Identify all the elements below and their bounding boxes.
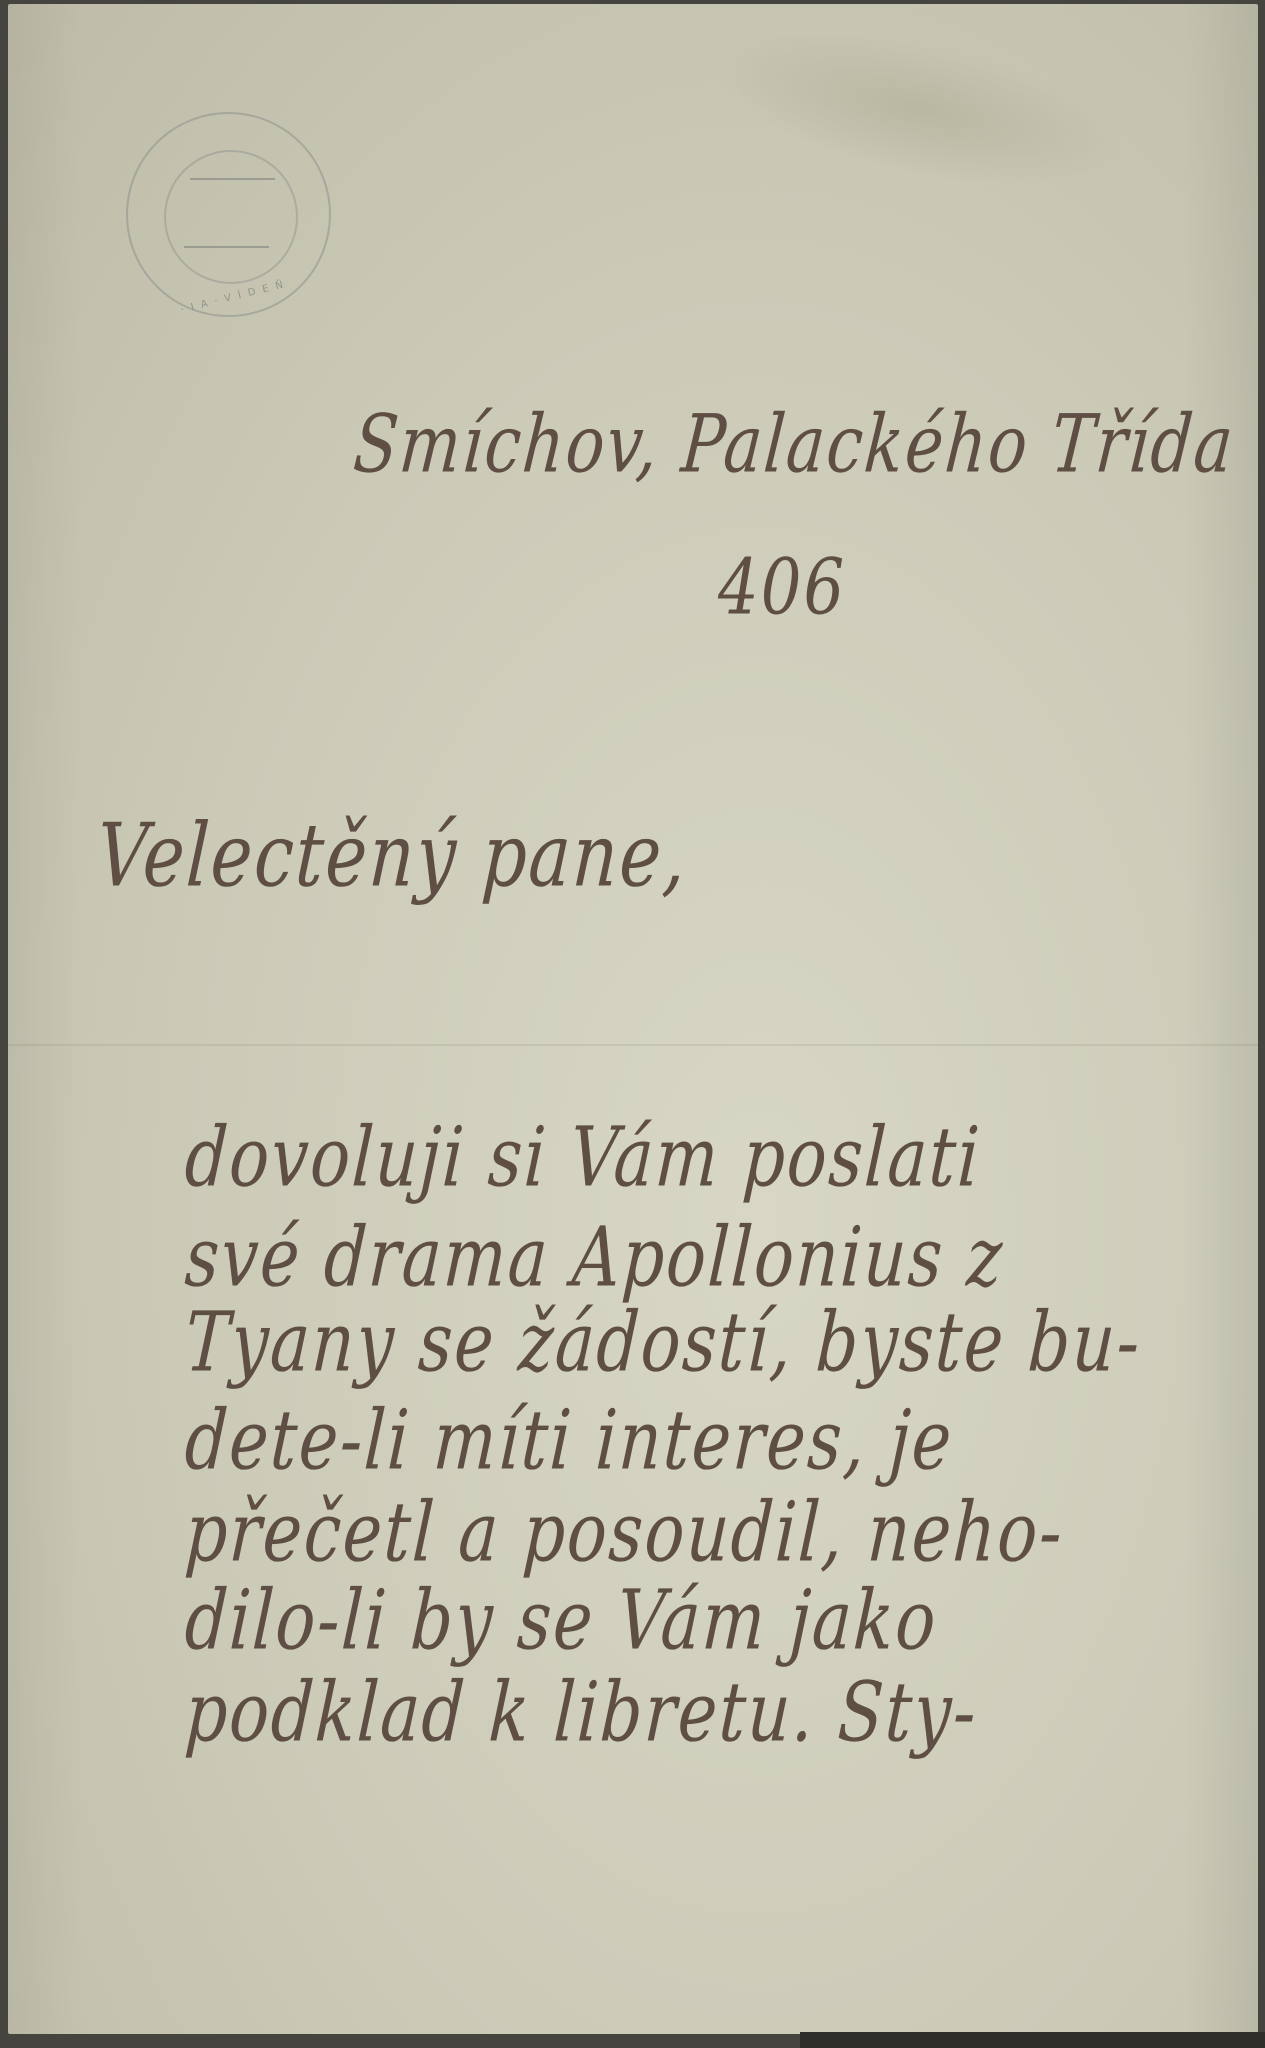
stamp-inner-ring	[164, 150, 298, 284]
archive-stamp-icon: · I A · V Í D E Ň	[126, 112, 331, 317]
body-line: přečetl a posoudil, neho-	[183, 1484, 1067, 1580]
body-line: dilo-li by se Vám jako	[183, 1572, 941, 1668]
scan-edge-shadow	[800, 2032, 1265, 2048]
fold-line	[8, 1044, 1258, 1046]
house-number: 406	[718, 544, 846, 633]
paper-stain	[699, 2, 1137, 216]
body-line: podklad k libretu. Sty-	[183, 1664, 981, 1760]
body-line: dete-li míti interes, je	[183, 1392, 956, 1488]
scanned-letter: · I A · V Í D E Ň Smíchov, Palackého Tří…	[0, 0, 1265, 2048]
stamp-line	[190, 178, 275, 180]
stamp-line	[184, 246, 269, 248]
paper-sheet: · I A · V Í D E Ň Smíchov, Palackého Tří…	[8, 4, 1258, 2034]
body-line: Tyany se žádostí, byste bu-	[183, 1294, 1144, 1390]
body-line: dovoluji si Vám poslati	[183, 1109, 984, 1205]
body-line: své drama Apollonius z	[183, 1209, 1007, 1305]
sender-address: Smíchov, Palackého Třída	[350, 399, 1238, 492]
salutation: Velectěný pane,	[94, 804, 690, 907]
